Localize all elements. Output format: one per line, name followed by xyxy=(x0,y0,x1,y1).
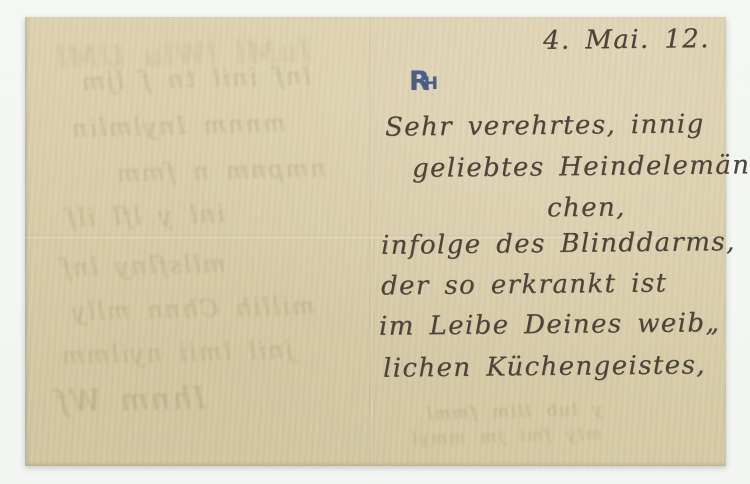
bleedthrough-line: inl y lfl ilf xyxy=(65,200,225,232)
bleedthrough-line: mllsflny lnf xyxy=(60,250,226,282)
handwriting-line: lichen Küchengeistes, xyxy=(383,350,706,383)
bleedthrough-line: mnnm Inylmlin xyxy=(70,109,286,143)
handwriting-line: chen, xyxy=(547,193,626,224)
handwriting-line: der so erkrankt ist xyxy=(381,269,668,302)
letter-date: 4. Mai. 12. xyxy=(543,24,710,56)
bleedthrough-signature: Ihnm Wf xyxy=(55,381,206,420)
handwriting-line: geliebtes Heindelemänn xyxy=(412,150,750,184)
bleedthrough-line: jnil lmii nyilmm xyxy=(60,336,294,370)
handwriting-line: infolge des Blinddarms, xyxy=(381,227,736,261)
bleedthrough-line: lnf inil tn f ljm xyxy=(80,62,312,96)
monogram-letter-h: H xyxy=(424,74,438,94)
rh-monogram: RH xyxy=(409,66,438,97)
bleedthrough-line: nmpnm n fmm xyxy=(115,154,327,188)
bleedthrough-line: y lub llim fmml xyxy=(425,400,603,425)
bleedthrough-line: mly fmi jm mmyl xyxy=(410,424,602,449)
handwriting-line: im Leibe Deines weib„ xyxy=(379,308,721,342)
vertical-fold-crease xyxy=(369,17,374,466)
bleedthrough-line: millih Chnn mlly xyxy=(70,292,315,326)
letter-scan: IuMl lWlu UMl lnf inil tn f ljm mnnm Iny… xyxy=(0,0,750,484)
letter-sheet: IuMl lWlu UMl lnf inil tn f ljm mnnm Iny… xyxy=(25,17,726,466)
handwriting-line: Sehr verehrtes, innig xyxy=(385,109,705,142)
